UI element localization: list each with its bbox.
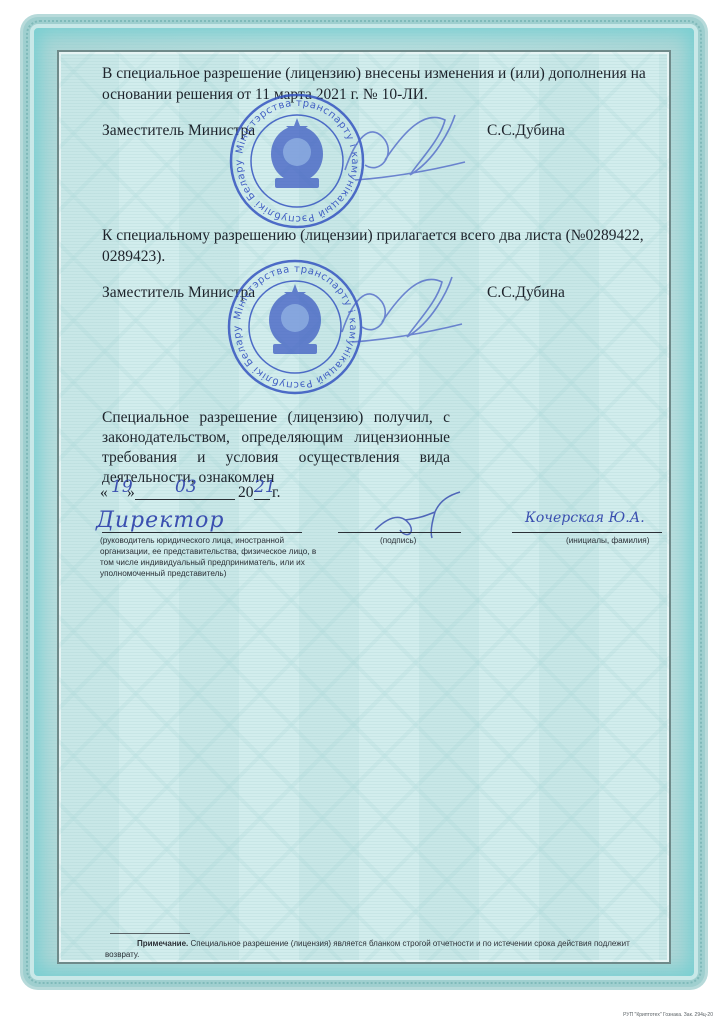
amendment-text-line1: В специальное разрешение (лицензию) внес…: [102, 63, 646, 84]
note-label: Примечание.: [105, 939, 188, 948]
name-handwritten: Кочерская Ю.А.: [525, 510, 645, 526]
date-month-handwritten: 03: [175, 477, 197, 497]
attachment-text-line2: 0289423).: [102, 246, 165, 267]
signatory1-name: С.С.Дубина: [487, 120, 565, 141]
signatory2-name: С.С.Дубина: [487, 282, 565, 303]
printer-mark: РУП "Криптотех" Гознака. Зак. 294ц-20: [623, 1012, 713, 1018]
date-year-prefix: 20: [238, 482, 254, 503]
date-close-quote: »: [127, 482, 135, 503]
signature-line: [338, 532, 461, 533]
name-line: [512, 532, 662, 533]
role-line: [102, 532, 302, 533]
attachment-text-line1: К специальному разрешению (лицензии) при…: [102, 225, 644, 246]
footnote: Примечание. Специальное разрешение (лице…: [105, 938, 665, 960]
receipt-acknowledgement: Специальное разрешение (лицензию) получи…: [102, 408, 450, 488]
date-month-line: [135, 499, 235, 500]
date-year-unit: г.: [272, 482, 280, 503]
role-handwritten: Директор: [96, 508, 224, 533]
signature-caption: (подпись): [380, 535, 416, 546]
name-caption: (инициалы, фамилия): [566, 535, 649, 546]
date-open-quote: «: [100, 482, 108, 503]
minister-signature-1: [325, 100, 475, 190]
minister-signature-2: [322, 262, 472, 352]
date-year-line: [254, 499, 270, 500]
role-caption: (руководитель юридического лица, иностра…: [100, 535, 330, 579]
note-divider: [110, 933, 190, 934]
